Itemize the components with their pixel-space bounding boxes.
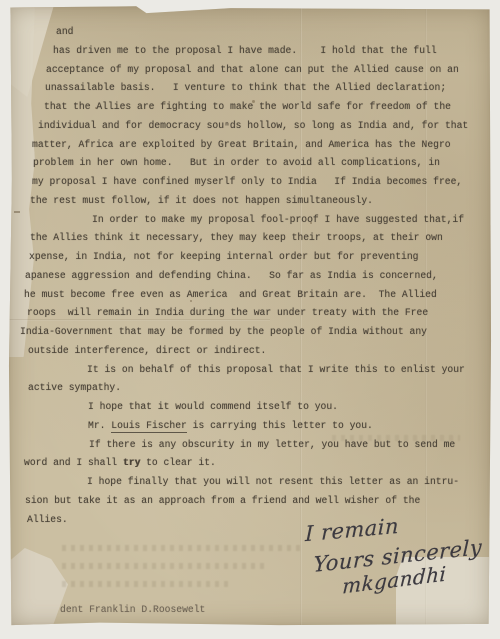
letter-line: he must become free even as America and … [24,286,492,305]
addressee-footer: dent Franklin D.Roosewelt [60,604,205,615]
letter-line: I hope that it would commend itself to y… [88,398,492,417]
letter-line: acceptance of my proposal and that alone… [46,61,492,80]
bottom-left-tear [8,548,68,627]
letter-line: roops will remain in India during the wa… [27,304,492,323]
letter-line: my proposal I have confined myserlf only… [32,173,492,192]
letter-line: unassailable basis. I venture to think t… [45,79,492,98]
letter-line: active sympathy. [28,379,492,398]
letter-line-try: word and I shall try to clear it. [24,454,492,473]
try-suffix: to clear it. [140,457,216,468]
letter-line: apanese aggression and defending China. … [25,267,492,286]
fischer-prefix: Mr. [88,420,111,431]
letter-line: individual and for democracy souⁿds holl… [38,117,492,136]
bleed-through-text [62,563,266,569]
letter-line: India-Government that may be formed by t… [20,323,492,342]
letter-line: matter, Africa are exploited by Great Br… [32,136,492,155]
letter-line: problem in her own home. But in order to… [33,154,492,173]
letter-line: has driven me to the proposal I have mad… [53,42,492,61]
letter-page: and has driven me to the proposal I have… [8,5,492,627]
try-prefix: word and I shall [24,457,123,468]
letter-line: I hope finally that you will not resent … [87,473,492,492]
letter-line: In order to make my proposal fool-proof … [92,211,492,230]
letter-line: the rest must follow, if it does not hap… [30,192,492,211]
letter-line: If there is any obscurity in my letter, … [89,436,492,455]
fischer-underlined-name: Louis Fischer [111,420,187,433]
letter-line: sion but take it as an approach from a f… [25,492,492,511]
letter-body: and has driven me to the proposal I have… [8,23,492,529]
letter-line-fischer: Mr. Louis Fischer is carrying this lette… [88,417,492,436]
letter-line: outside interference, direct or indirect… [28,342,492,361]
bleed-through-text [62,581,230,587]
letter-line: and [56,23,492,42]
bleed-through-text [62,545,300,551]
try-overstruck-word: try [123,457,140,468]
letter-line: Allies. [27,511,492,530]
letter-line: xpense, in India, not for keeping intern… [29,248,492,267]
letter-line: that the Allies are fighting to make the… [44,98,492,117]
fischer-suffix: is carrying this letter to you. [187,420,373,431]
letter-line: It is on behalf of this proposal that I … [87,361,492,380]
letter-line: the Allies think it necessary, they may … [30,229,492,248]
